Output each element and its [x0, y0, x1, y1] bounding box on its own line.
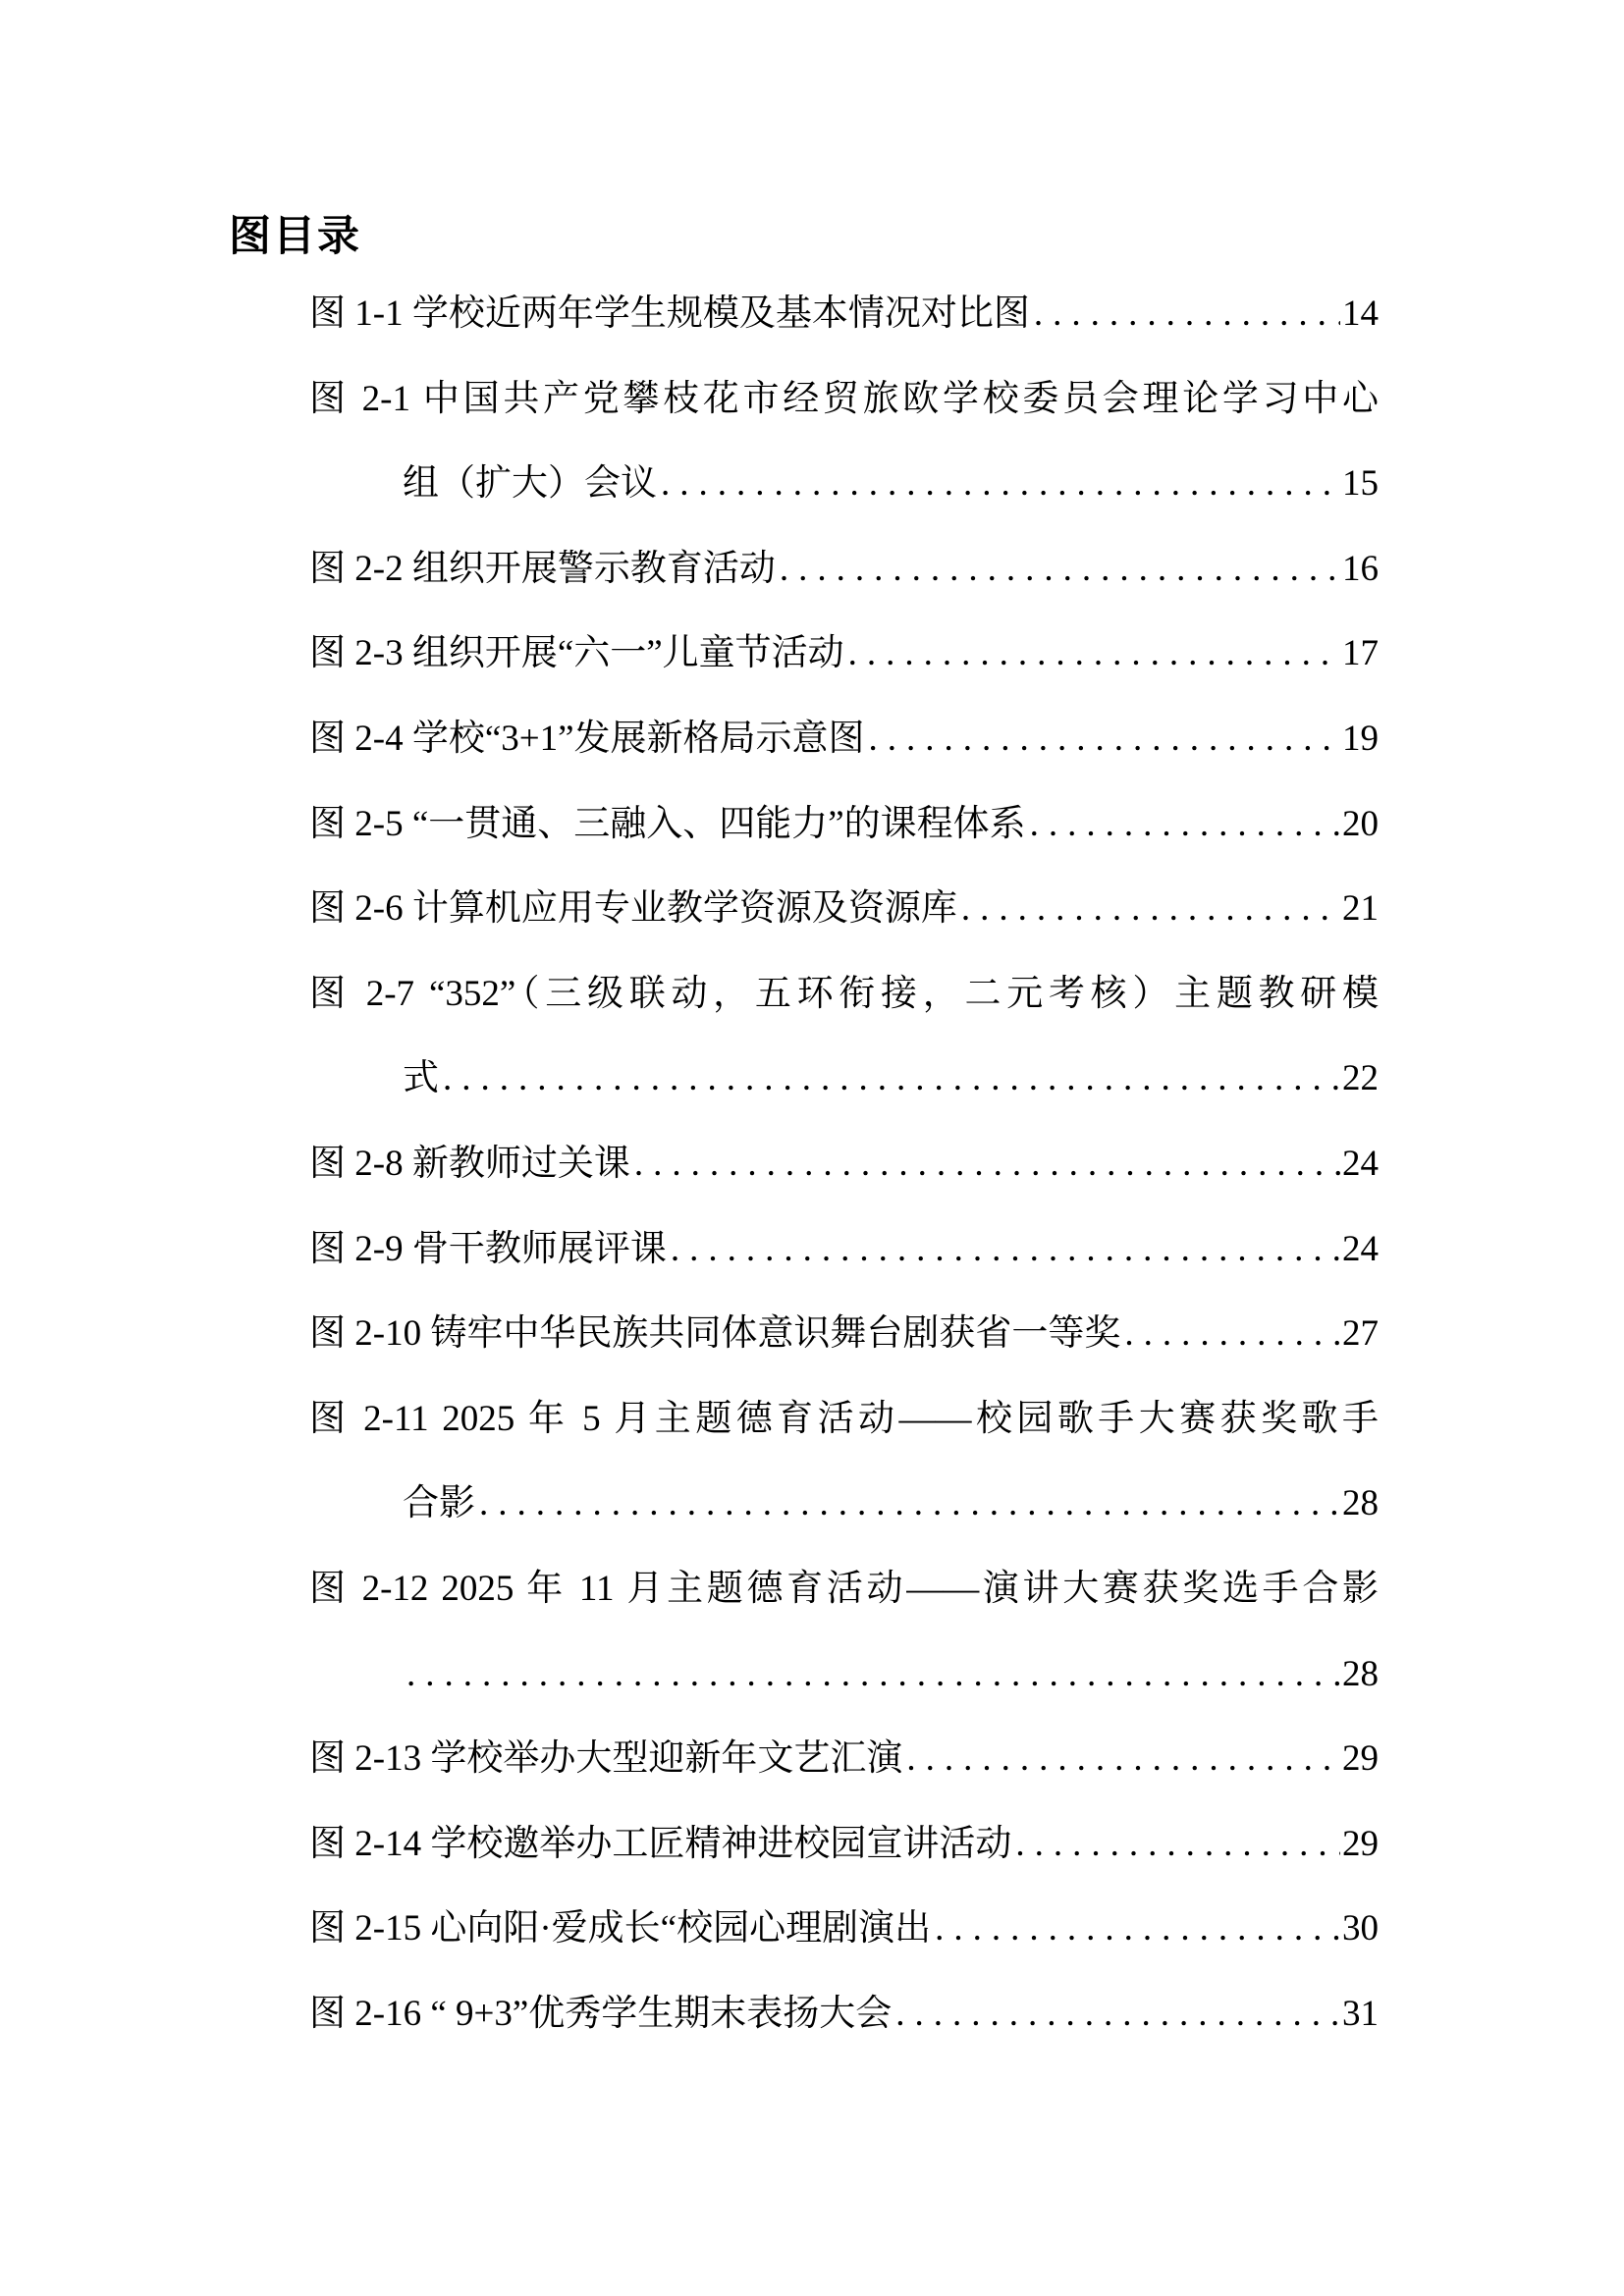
toc-entry-text: 图 2-3 组织开展“六一”儿童节活动: [309, 612, 844, 697]
toc-entry-text: 图 2-6 计算机应用专业教学资源及资源库: [309, 867, 957, 952]
toc-entry-line: 图 2-11 2025 年 5 月主题德育活动——校园歌手大赛获奖歌手: [309, 1377, 1379, 1463]
dot-leader: ........................................…: [906, 1717, 1340, 1802]
page-number: 17: [1342, 612, 1379, 697]
dot-leader: ........................................…: [1124, 1292, 1340, 1377]
figure-toc-title: 图目录: [229, 194, 361, 280]
page-number: 29: [1342, 1802, 1379, 1888]
toc-entry-text: 合影: [403, 1462, 475, 1547]
toc-entry-text: 图 2-14 学校邀举办工匠精神进校园宣讲活动: [309, 1802, 1011, 1888]
dot-leader: ........................................…: [443, 1037, 1340, 1122]
toc-entry-text: 图 2-5 “一贯通、三融入、四能力”的课程体系: [309, 782, 1026, 868]
dot-leader: ........................................…: [961, 867, 1340, 952]
page-number: 24: [1342, 1122, 1379, 1207]
toc-entry-line: 图 2-10 铸牢中华民族共同体意识舞台剧获省一等奖..............…: [309, 1292, 1379, 1377]
page-number: 31: [1342, 1972, 1379, 2057]
toc-entry-text: 图 2-4 学校“3+1”发展新格局示意图: [309, 697, 865, 782]
toc-entry-line: 图 2-14 学校邀举办工匠精神进校园宣讲活动.................…: [309, 1802, 1379, 1888]
document-page: 图目录 图 1-1 学校近两年学生规模及基本情况对比图.............…: [0, 0, 1624, 2296]
toc-entry-text: 图 2-13 学校举办大型迎新年文艺汇演: [309, 1717, 902, 1802]
toc-entry-text: 图 2-1 中国共产党攀枝花市经贸旅欧学校委员会理论学习中心: [309, 379, 1379, 419]
toc-entry-line: 图 2-9 骨干教师展评课...........................…: [309, 1207, 1379, 1293]
page-number: 24: [1342, 1207, 1379, 1293]
toc-entry-text: 图 2-12 2025 年 11 月主题德育活动——演讲大赛获奖选手合影: [309, 1569, 1379, 1609]
page-number: 22: [1342, 1037, 1379, 1122]
page-number: 15: [1342, 442, 1379, 527]
dot-leader: ........................................…: [895, 1972, 1340, 2057]
page-number: 16: [1342, 527, 1379, 613]
dot-leader: ........................................…: [634, 1122, 1340, 1207]
toc-entry-line: 图 2-8 新教师过关课............................…: [309, 1122, 1379, 1207]
page-number: 28: [1342, 1462, 1379, 1547]
dot-leader: ........................................…: [1030, 782, 1340, 868]
dot-leader: ........................................…: [780, 527, 1340, 613]
toc-entry-line: 图 1-1 学校近两年学生规模及基本情况对比图.................…: [309, 272, 1379, 357]
toc-entry-text: 图 1-1 学校近两年学生规模及基本情况对比图: [309, 272, 1030, 357]
toc-entry-line: ........................................…: [309, 1632, 1379, 1718]
toc-entry-text: 图 2-7 “352”（三级联动，五环衔接，二元考核）主题教研模: [309, 974, 1379, 1014]
toc-entry-text: 图 2-10 铸牢中华民族共同体意识舞台剧获省一等奖: [309, 1292, 1120, 1377]
page-number: 20: [1342, 782, 1379, 868]
toc-entry-text: 图 2-9 骨干教师展评课: [309, 1207, 667, 1293]
dot-leader: ........................................…: [935, 1887, 1340, 1972]
dot-leader: ........................................…: [671, 1207, 1340, 1293]
toc-entry-line: 图 2-2 组织开展警示教育活动........................…: [309, 527, 1379, 613]
toc-entry-line: 图 2-5 “一贯通、三融入、四能力”的课程体系................…: [309, 782, 1379, 868]
dot-leader: ........................................…: [479, 1462, 1340, 1547]
page-number: 29: [1342, 1717, 1379, 1802]
toc-entry-line: 图 2-15 心向阳·爱成长“校园心理剧演出..................…: [309, 1887, 1379, 1972]
page-number: 27: [1342, 1292, 1379, 1377]
toc-entry-line: 组（扩大）会议.................................…: [309, 442, 1379, 527]
page-number: 14: [1342, 272, 1379, 357]
toc-entry-text: 图 2-15 心向阳·爱成长“校园心理剧演出: [309, 1887, 931, 1972]
dot-leader: ........................................…: [869, 697, 1340, 782]
toc-entry-text: 图 2-11 2025 年 5 月主题德育活动——校园歌手大赛获奖歌手: [309, 1399, 1379, 1439]
toc-entry-line: 图 2-3 组织开展“六一”儿童节活动.....................…: [309, 612, 1379, 697]
page-number: 19: [1342, 697, 1379, 782]
dot-leader: ........................................…: [848, 612, 1340, 697]
page-number: 28: [1342, 1632, 1379, 1718]
toc-entry-text: 组（扩大）会议: [403, 442, 657, 527]
page-number: 21: [1342, 867, 1379, 952]
toc-entry-text: 图 2-2 组织开展警示教育活动: [309, 527, 776, 613]
page-number: 30: [1342, 1887, 1379, 1972]
toc-entry-line: 图 2-16 “ 9+3”优秀学生期末表扬大会.................…: [309, 1972, 1379, 2057]
toc-entry-line: 图 2-1 中国共产党攀枝花市经贸旅欧学校委员会理论学习中心: [309, 357, 1379, 443]
toc-entry-line: 图 2-13 学校举办大型迎新年文艺汇演....................…: [309, 1717, 1379, 1802]
toc-entry-line: 合影......................................…: [309, 1462, 1379, 1547]
figure-toc-list: 图 1-1 学校近两年学生规模及基本情况对比图.................…: [309, 272, 1379, 2056]
toc-entry-line: 图 2-12 2025 年 11 月主题德育活动——演讲大赛获奖选手合影: [309, 1547, 1379, 1632]
toc-entry-text: 图 2-8 新教师过关课: [309, 1122, 630, 1207]
dot-leader: ........................................…: [406, 1632, 1340, 1718]
dot-leader: ........................................…: [661, 442, 1340, 527]
toc-entry-line: 式.......................................…: [309, 1037, 1379, 1122]
toc-entry-text: 式: [403, 1037, 439, 1122]
toc-entry-text: 图 2-16 “ 9+3”优秀学生期末表扬大会: [309, 1972, 892, 2057]
toc-entry-line: 图 2-6 计算机应用专业教学资源及资源库...................…: [309, 867, 1379, 952]
dot-leader: ........................................…: [1034, 272, 1340, 357]
toc-entry-line: 图 2-7 “352”（三级联动，五环衔接，二元考核）主题教研模: [309, 952, 1379, 1038]
toc-entry-line: 图 2-4 学校“3+1”发展新格局示意图...................…: [309, 697, 1379, 782]
dot-leader: ........................................…: [1015, 1802, 1340, 1888]
